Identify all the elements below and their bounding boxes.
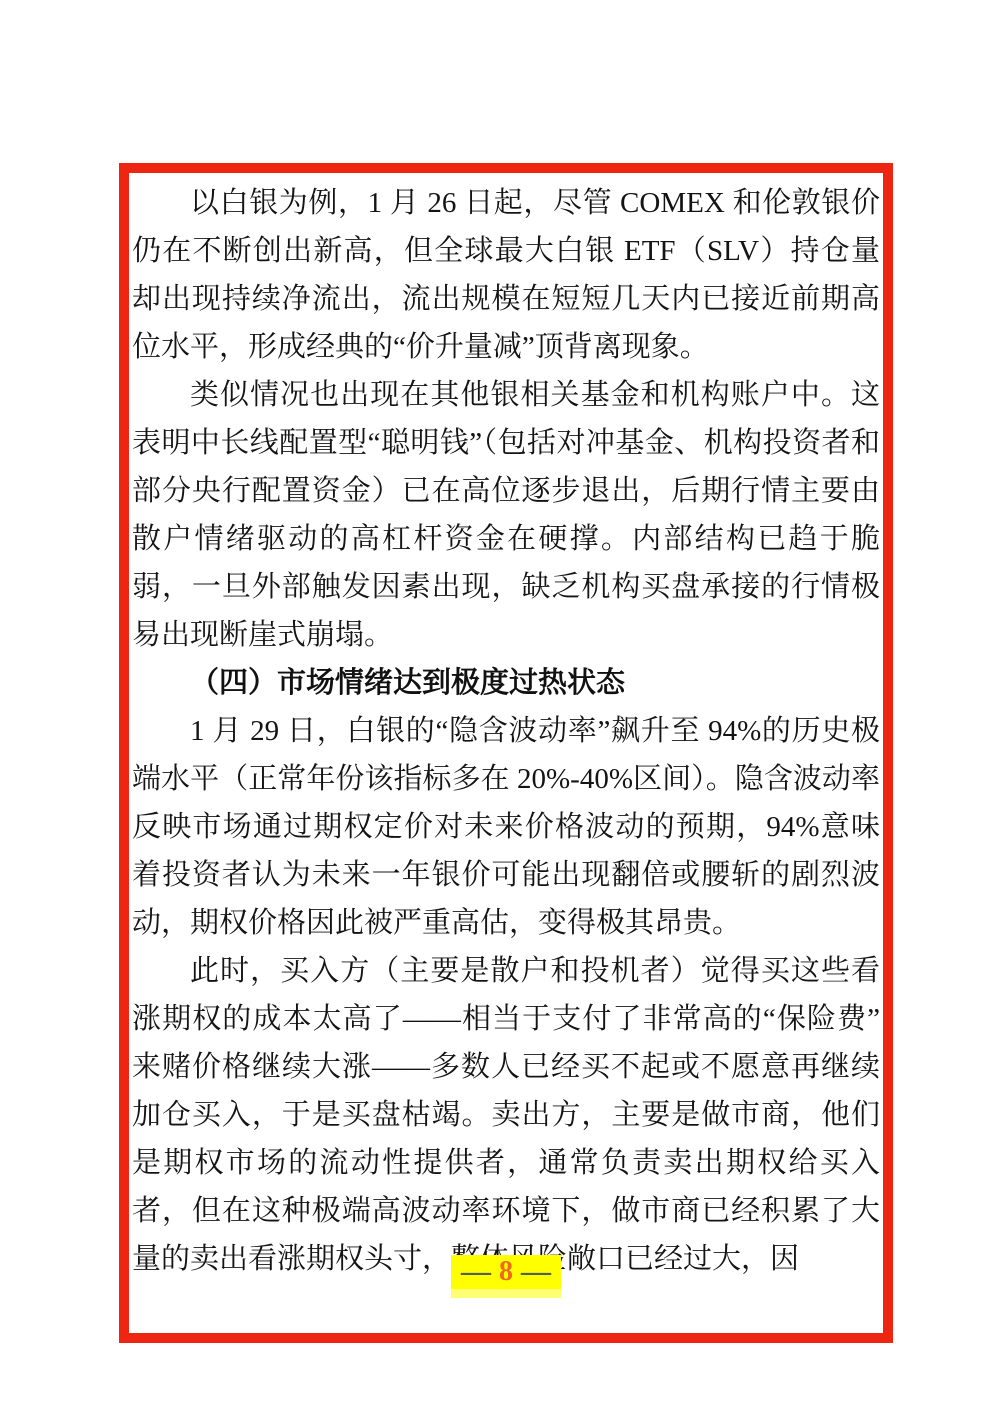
document-body: 以白银为例，1 月 26 日起，尽管 COMEX 和伦敦银价仍在不断创出新高，但… xyxy=(129,173,883,1283)
paragraph-implied-volatility: 1 月 29 日，白银的“隐含波动率”飙升至 94%的历史极端水平（正常年份该指… xyxy=(132,707,880,947)
page-number-badge: — 8 — xyxy=(451,1255,561,1289)
paragraph-silver-etf-outflow: 以白银为例，1 月 26 日起，尽管 COMEX 和伦敦银价仍在不断创出新高，但… xyxy=(132,179,880,371)
page-number: 8 xyxy=(497,1255,515,1289)
red-border-frame: 以白银为例，1 月 26 日起，尽管 COMEX 和伦敦银价仍在不断创出新高，但… xyxy=(119,163,893,1343)
paragraph-option-buyers-sellers: 此时，买入方（主要是散户和投机者）觉得买这些看涨期权的成本太高了——相当于支付了… xyxy=(132,947,880,1283)
section-heading-market-sentiment: （四）市场情绪达到极度过热状态 xyxy=(132,659,880,707)
paragraph-smart-money-exit: 类似情况也出现在其他银相关基金和机构账户中。这表明中长线配置型“聪明钱”（包括对… xyxy=(132,371,880,659)
page-number-left-dash: — xyxy=(461,1255,491,1289)
page-number-right-dash: — xyxy=(521,1255,551,1289)
